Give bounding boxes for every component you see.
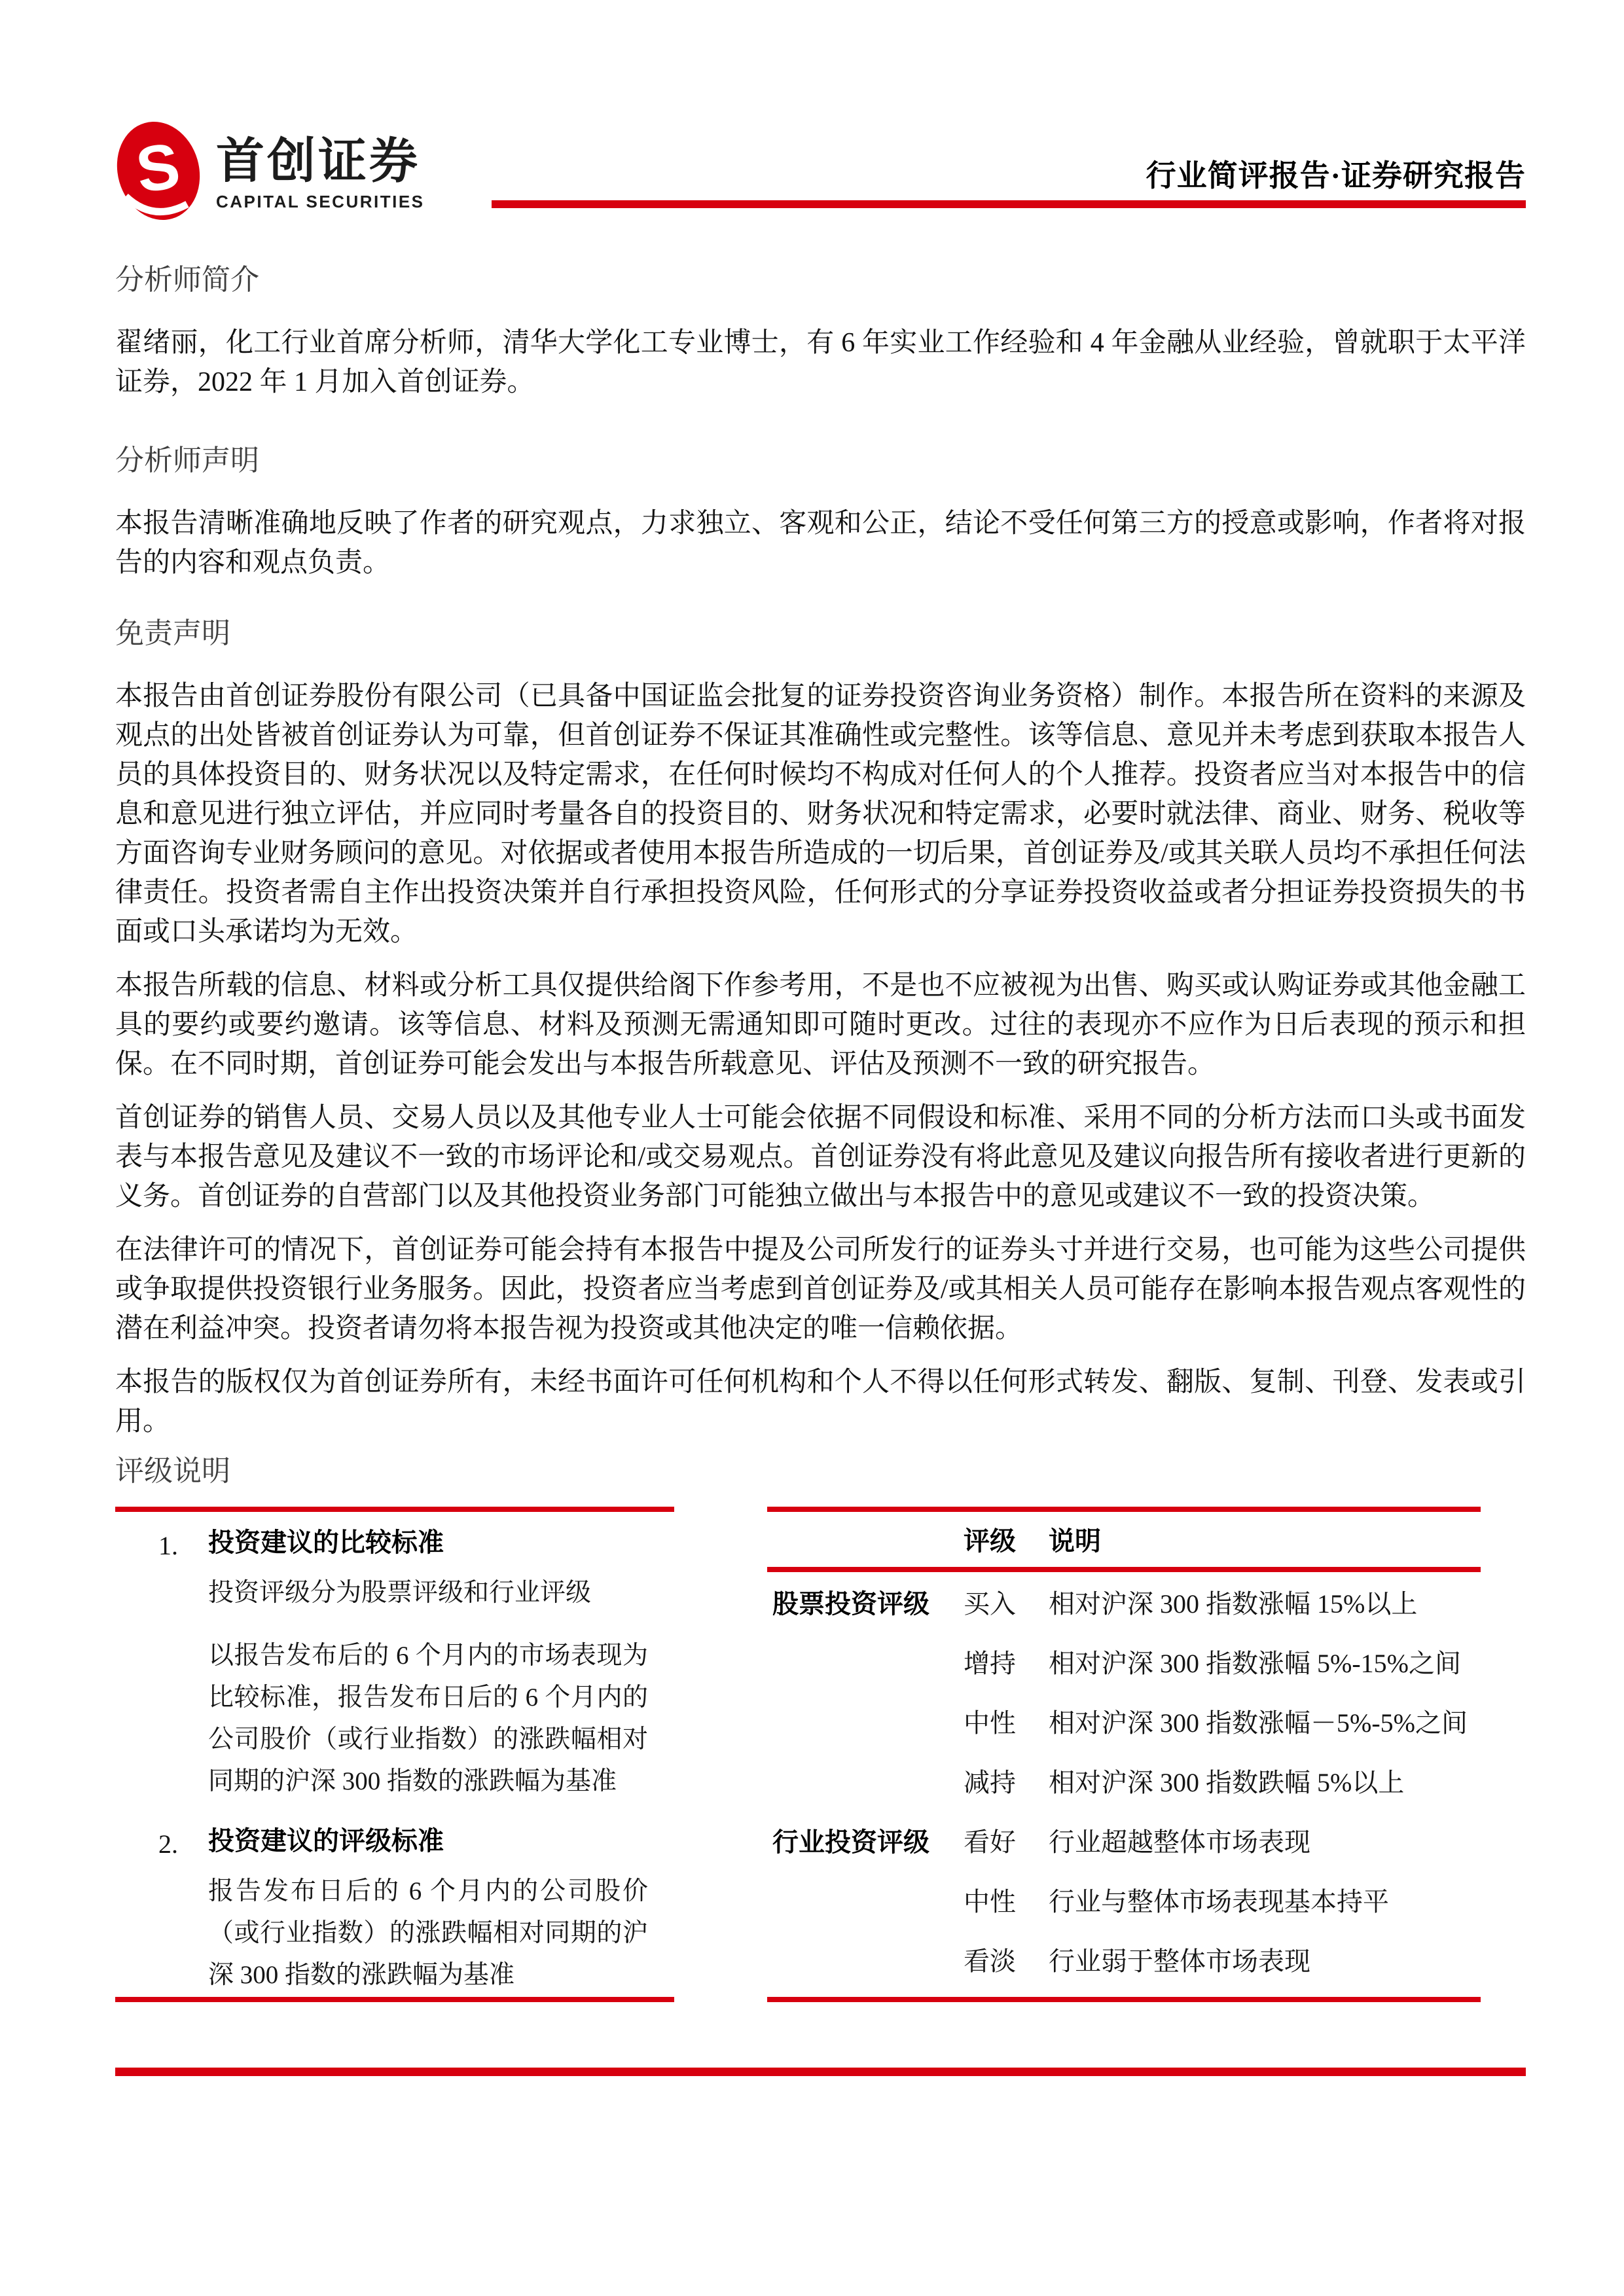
criteria-item: 1. 投资建议的比较标准 投资评级分为股票评级和行业评级 以报告发布后的 6 个… xyxy=(158,1528,674,1803)
criteria-item-number: 1. xyxy=(158,1528,208,1803)
report-header: S 首创证券 CAPITAL SECURITIES 行业简评报告·证券研究报告 xyxy=(115,0,1526,223)
table-row: 减持 相对沪深 300 指数跌幅 5%以上 xyxy=(767,1751,1481,1810)
logo-company-name-cn: 首创证券 xyxy=(216,136,425,185)
row-rating: 看好 xyxy=(964,1821,1049,1859)
header-desc-cell: 说明 xyxy=(1049,1520,1481,1558)
rating-criteria-column: 1. 投资建议的比较标准 投资评级分为股票评级和行业评级 以报告发布后的 6 个… xyxy=(115,1507,674,2002)
row-description: 相对沪深 300 指数跌幅 5%以上 xyxy=(1049,1762,1481,1799)
rating-table: 评级 说明 股票投资评级 买入 相对沪深 300 指数涨幅 15%以上 增持 相… xyxy=(767,1507,1481,2002)
logo-text-block: 首创证券 CAPITAL SECURITIES xyxy=(216,119,425,223)
row-rating: 中性 xyxy=(964,1881,1049,1918)
criteria-item-title: 投资建议的评级标准 xyxy=(208,1826,648,1856)
table-row: 看淡 行业弱于整体市场表现 xyxy=(767,1929,1481,1989)
criteria-paragraph: 以报告发布后的 6 个月内的市场表现为比较标准，报告发布日后的 6 个月内的公司… xyxy=(208,1635,648,1803)
row-description: 行业与整体市场表现基本持平 xyxy=(1049,1881,1481,1918)
criteria-paragraph: 投资评级分为股票评级和行业评级 xyxy=(208,1572,648,1614)
section-rating-notes: 评级说明 1. 投资建议的比较标准 投资评级分为股票评级和行业评级 以报告发布后… xyxy=(115,1454,1526,2002)
rating-table-header: 评级 说明 xyxy=(767,1512,1481,1572)
disclaimer-paragraph: 本报告的版权仅为首创证券所有，未经书面许可任何机构和个人不得以任何形式转发、翻版… xyxy=(115,1363,1526,1441)
row-description: 相对沪深 300 指数涨幅－5%-5%之间 xyxy=(1049,1702,1481,1740)
criteria-item-body: 投资建议的评级标准 报告发布日后的 6 个月内的公司股价（或行业指数）的涨跌幅相… xyxy=(208,1826,674,1996)
row-group-label: 行业投资评级 xyxy=(767,1821,964,1859)
criteria-item-title: 投资建议的比较标准 xyxy=(208,1528,648,1558)
section-analyst-statement: 分析师声明 本报告清晰准确地反映了作者的研究观点，力求独立、客观和公正，结论不受… xyxy=(115,444,1526,583)
table-row: 增持 相对沪深 300 指数涨幅 5%-15%之间 xyxy=(767,1632,1481,1691)
criteria-item: 2. 投资建议的评级标准 报告发布日后的 6 个月内的公司股价（或行业指数）的涨… xyxy=(158,1826,674,1996)
analyst-intro-heading: 分析师简介 xyxy=(115,263,1526,297)
row-rating: 中性 xyxy=(964,1702,1049,1740)
disclaimer-paragraph: 本报告所载的信息、材料或分析工具仅提供给阁下作参考用，不是也不应被视为出售、购买… xyxy=(115,966,1526,1084)
report-disclaimer-page: S 首创证券 CAPITAL SECURITIES 行业简评报告·证券研究报告 … xyxy=(0,0,1624,2296)
disclaimer-paragraph: 本报告由首创证券股份有限公司（已具备中国证监会批复的证券投资咨询业务资格）制作。… xyxy=(115,677,1526,952)
table-row: 行业投资评级 看好 行业超越整体市场表现 xyxy=(767,1810,1481,1870)
section-analyst-intro: 分析师简介 翟绪丽，化工行业首席分析师，清华大学化工专业博士，有 6 年实业工作… xyxy=(115,263,1526,402)
table-row: 中性 行业与整体市场表现基本持平 xyxy=(767,1870,1481,1929)
row-description: 相对沪深 300 指数涨幅 15%以上 xyxy=(1049,1583,1481,1621)
criteria-item-number: 2. xyxy=(158,1826,208,1996)
capital-securities-logo-icon: S xyxy=(115,119,202,223)
section-disclaimer: 免责声明 本报告由首创证券股份有限公司（已具备中国证监会批复的证券投资咨询业务资… xyxy=(115,617,1526,1441)
row-rating: 看淡 xyxy=(964,1941,1049,1978)
disclaimer-heading: 免责声明 xyxy=(115,617,1526,651)
row-rating: 买入 xyxy=(964,1583,1049,1621)
row-description: 行业超越整体市场表现 xyxy=(1049,1821,1481,1859)
header-rating-cell: 评级 xyxy=(964,1520,1049,1558)
table-row: 股票投资评级 买入 相对沪深 300 指数涨幅 15%以上 xyxy=(767,1572,1481,1632)
disclaimer-paragraph: 首创证券的销售人员、交易人员以及其他专业人士可能会依据不同假设和标准、采用不同的… xyxy=(115,1098,1526,1216)
row-rating: 增持 xyxy=(964,1643,1049,1680)
rating-notes-heading: 评级说明 xyxy=(115,1454,1526,1488)
rating-table-body: 股票投资评级 买入 相对沪深 300 指数涨幅 15%以上 增持 相对沪深 30… xyxy=(767,1572,1481,1989)
column-gap xyxy=(674,1507,767,2002)
criteria-paragraph: 报告发布日后的 6 个月内的公司股价（或行业指数）的涨跌幅相对同期的沪深 300… xyxy=(208,1871,648,1996)
rating-columns: 1. 投资建议的比较标准 投资评级分为股票评级和行业评级 以报告发布后的 6 个… xyxy=(115,1507,1526,2002)
table-row: 中性 相对沪深 300 指数涨幅－5%-5%之间 xyxy=(767,1691,1481,1751)
criteria-item-body: 投资建议的比较标准 投资评级分为股票评级和行业评级 以报告发布后的 6 个月内的… xyxy=(208,1528,674,1803)
logo-company-name-en: CAPITAL SECURITIES xyxy=(216,192,425,212)
row-description: 行业弱于整体市场表现 xyxy=(1049,1941,1481,1978)
analyst-statement-heading: 分析师声明 xyxy=(115,444,1526,478)
disclaimer-paragraph: 在法律许可的情况下，首创证券可能会持有本报告中提及公司所发行的证券头寸并进行交易… xyxy=(115,1230,1526,1348)
header-red-rule: 行业简评报告·证券研究报告 xyxy=(492,119,1526,208)
analyst-intro-paragraph: 翟绪丽，化工行业首席分析师，清华大学化工专业博士，有 6 年实业工作经验和 4 … xyxy=(115,323,1526,402)
report-type-title: 行业简评报告·证券研究报告 xyxy=(1146,152,1526,195)
analyst-statement-paragraph: 本报告清晰准确地反映了作者的研究观点，力求独立、客观和公正，结论不受任何第三方的… xyxy=(115,504,1526,583)
company-logo: S 首创证券 CAPITAL SECURITIES xyxy=(115,119,492,223)
row-rating: 减持 xyxy=(964,1762,1049,1799)
row-description: 相对沪深 300 指数涨幅 5%-15%之间 xyxy=(1049,1643,1481,1680)
row-group-label: 股票投资评级 xyxy=(767,1583,964,1621)
bottom-red-divider xyxy=(115,2068,1526,2076)
